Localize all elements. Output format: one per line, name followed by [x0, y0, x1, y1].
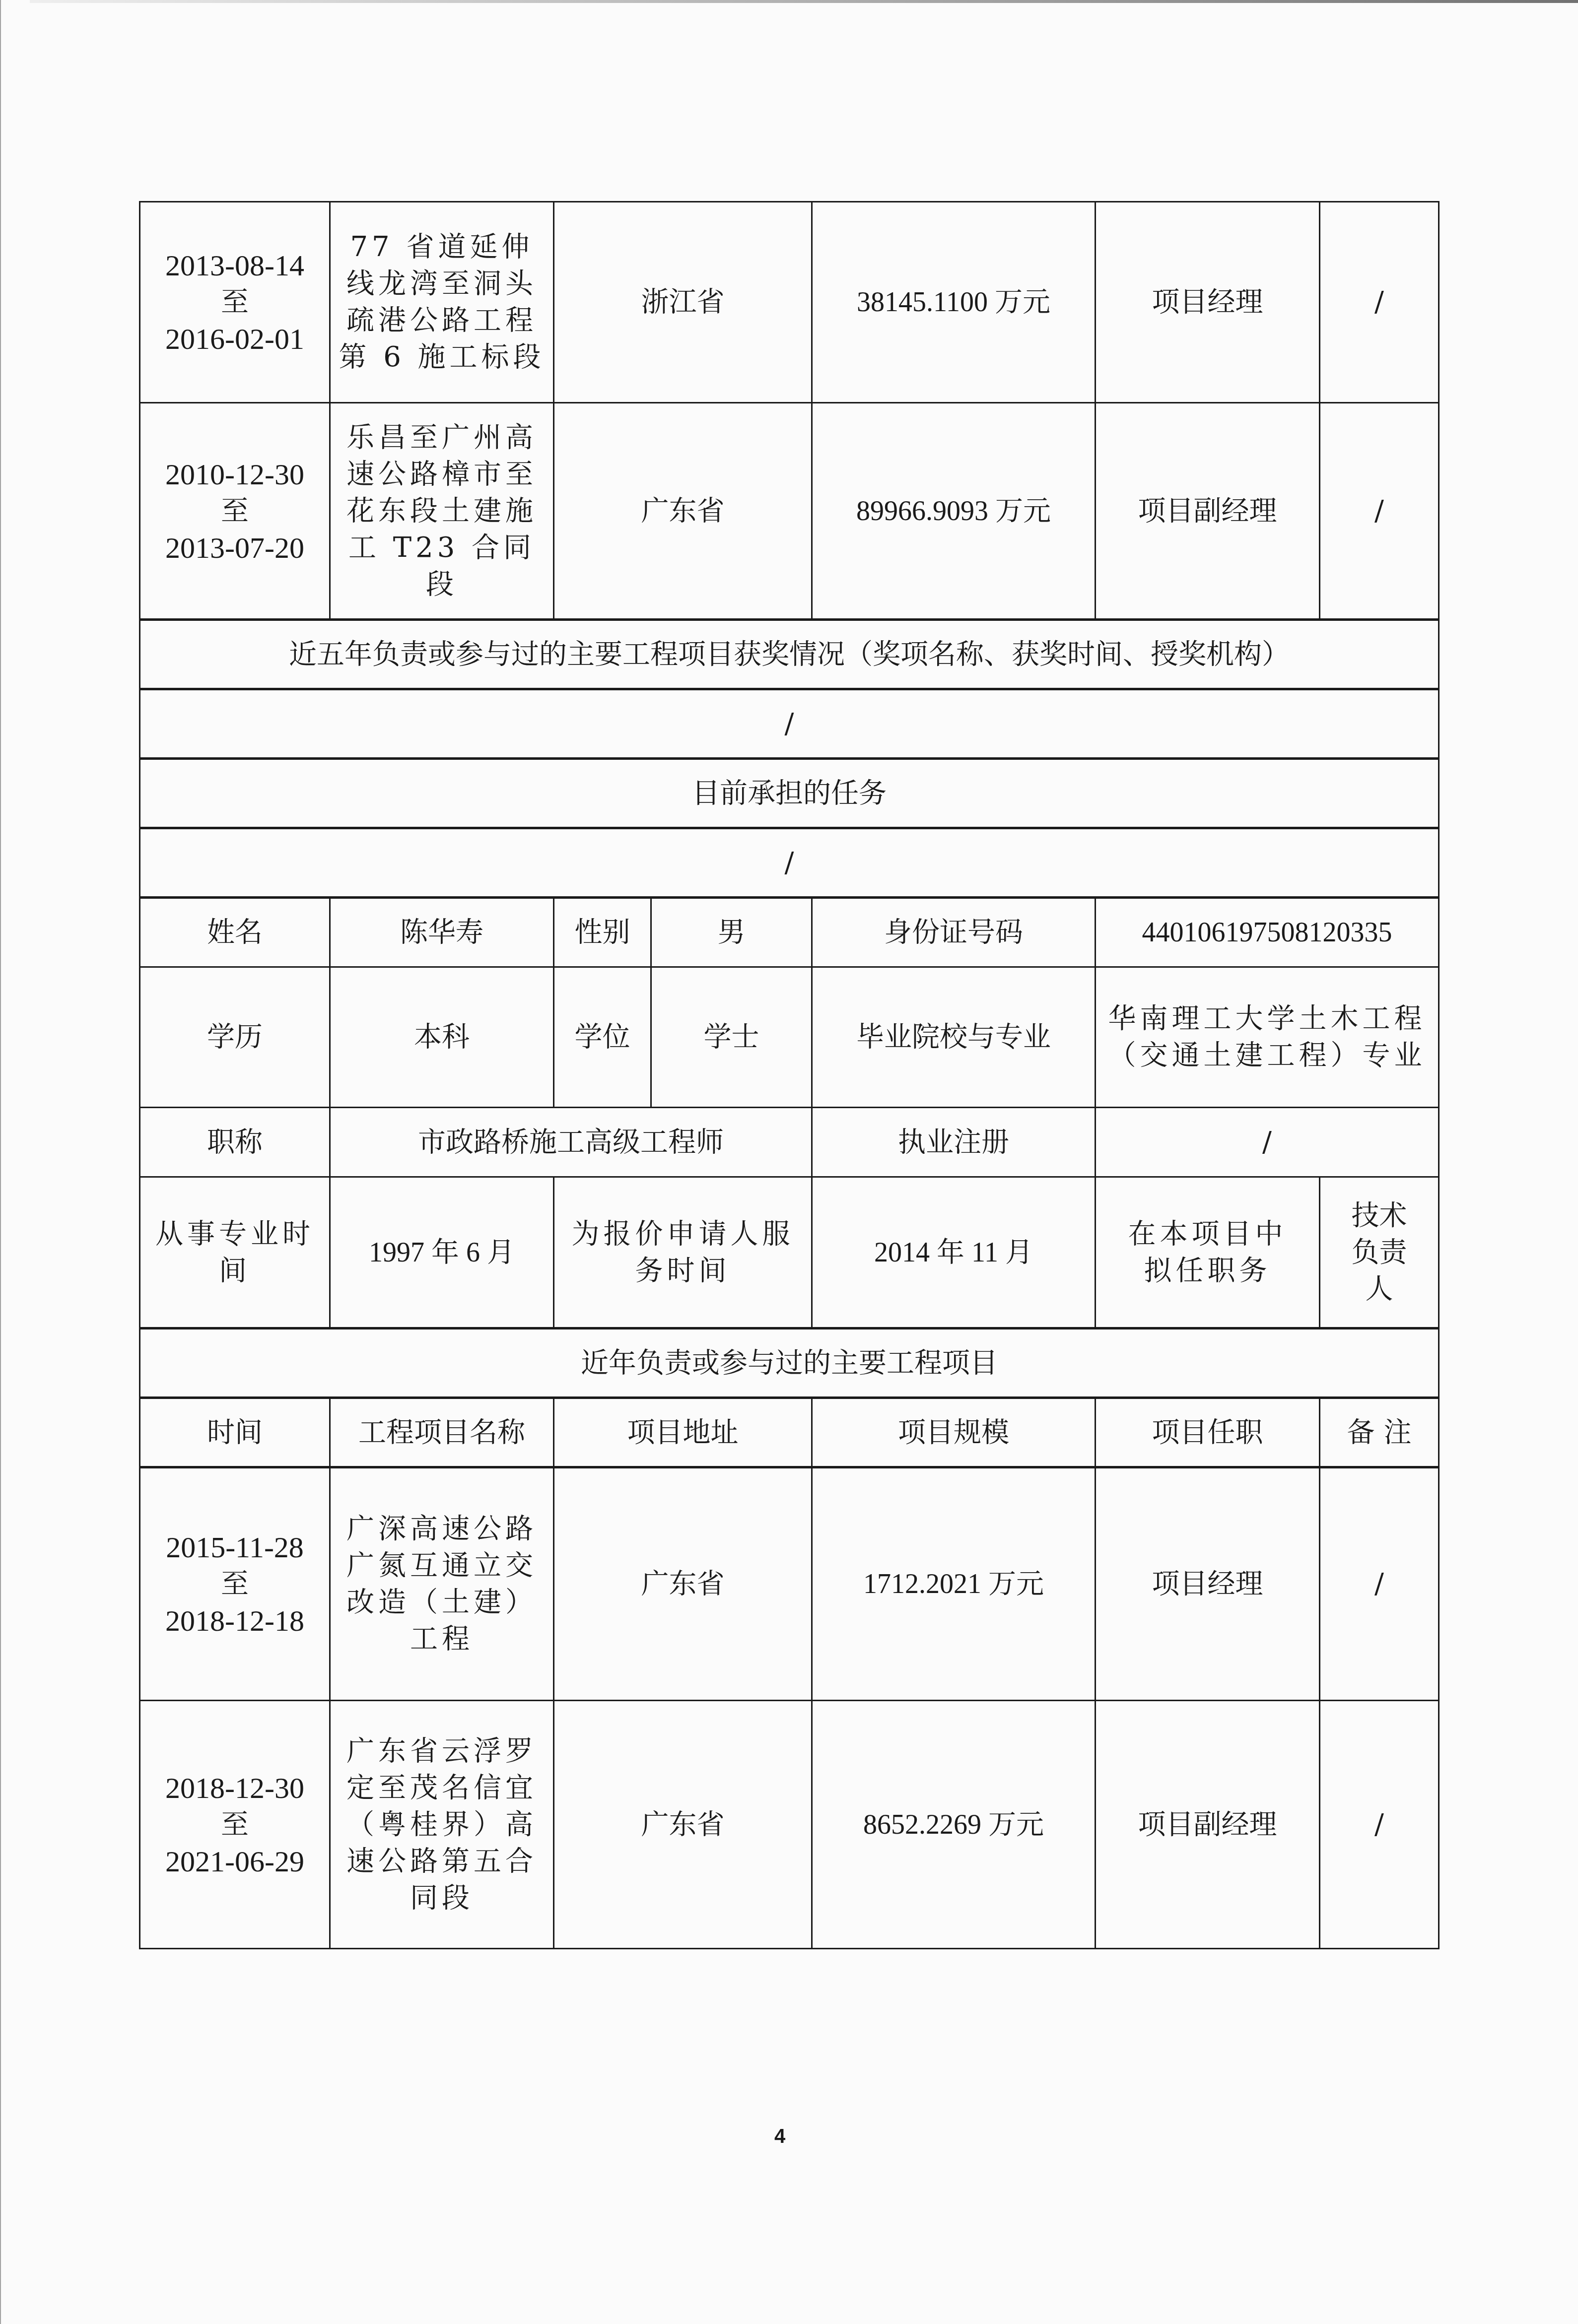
- project-scale: 1712.2021 万元: [812, 1467, 1096, 1701]
- period-to: 至: [147, 493, 322, 530]
- gender-label: 性别: [554, 898, 651, 967]
- career-start-value: 1997 年 6 月: [330, 1177, 554, 1328]
- section-header-row: 近年负责或参与过的主要工程项目: [140, 1328, 1439, 1398]
- school-label: 毕业院校与专业: [812, 967, 1096, 1108]
- column-header-time: 时间: [140, 1398, 330, 1467]
- project-role: 项目经理: [1096, 1467, 1320, 1701]
- project-role: 项目副经理: [1096, 1701, 1320, 1949]
- current-tasks-value: /: [140, 828, 1439, 898]
- project-location: 广东省: [554, 1467, 812, 1701]
- service-label: 为报价申请人服务时间: [554, 1177, 812, 1328]
- project-role: 项目副经理: [1096, 403, 1320, 620]
- project-scale: 38145.1100 万元: [812, 202, 1096, 403]
- table-row: /: [140, 828, 1439, 898]
- project-period: 2015-11-28 至 2018-12-18: [140, 1467, 330, 1701]
- table-row: 2018-12-30 至 2021-06-29 广东省云浮罗定至茂名信宜（粤桂界…: [140, 1701, 1439, 1949]
- table-row: /: [140, 689, 1439, 759]
- project-name: 广深高速公路广氮互通立交改造（土建）工程: [330, 1467, 554, 1701]
- project-period: 2018-12-30 至 2021-06-29: [140, 1701, 330, 1949]
- name-label: 姓名: [140, 898, 330, 967]
- period-start: 2013-08-14: [147, 247, 322, 284]
- table-row: 2010-12-30 至 2013-07-20 乐昌至广州高速公路樟市至花东段土…: [140, 403, 1439, 620]
- degree-label: 学位: [554, 967, 651, 1108]
- current-tasks-header: 目前承担的任务: [140, 759, 1439, 828]
- project-role: 项目经理: [1096, 202, 1320, 403]
- position-value: 技术负责人: [1320, 1177, 1439, 1328]
- title-label: 职称: [140, 1108, 330, 1177]
- column-header-role: 项目任职: [1096, 1398, 1320, 1467]
- period-end: 2013-07-20: [147, 530, 322, 566]
- project-location: 广东省: [554, 403, 812, 620]
- period-start: 2015-11-28: [147, 1529, 322, 1566]
- recent-projects-header: 近年负责或参与过的主要工程项目: [140, 1328, 1439, 1398]
- project-period: 2010-12-30 至 2013-07-20: [140, 403, 330, 620]
- project-period: 2013-08-14 至 2016-02-01: [140, 202, 330, 403]
- period-end: 2018-12-18: [147, 1602, 322, 1639]
- period-to: 至: [147, 284, 322, 321]
- personnel-resume-table: 2013-08-14 至 2016-02-01 77 省道延伸线龙湾至洞头疏港公…: [139, 201, 1440, 1949]
- project-name: 77 省道延伸线龙湾至洞头疏港公路工程第 6 施工标段: [330, 202, 554, 403]
- column-header-row: 时间 工程项目名称 项目地址 项目规模 项目任职 备 注: [140, 1398, 1439, 1467]
- project-remark: /: [1320, 1467, 1439, 1701]
- project-remark: /: [1320, 1701, 1439, 1949]
- period-start: 2018-12-30: [147, 1770, 322, 1806]
- education-value: 本科: [330, 967, 554, 1108]
- name-value: 陈华寿: [330, 898, 554, 967]
- position-label: 在本项目中拟任职务: [1096, 1177, 1320, 1328]
- page-number: 4: [774, 2125, 785, 2148]
- period-to: 至: [147, 1806, 322, 1843]
- scan-edge-line: [0, 0, 1, 2324]
- project-location: 浙江省: [554, 202, 812, 403]
- project-remark: /: [1320, 403, 1439, 620]
- table-row: 学历 本科 学位 学士 毕业院校与专业 华南理工大学土木工程（交通土建工程）专业: [140, 967, 1439, 1108]
- degree-value: 学士: [651, 967, 812, 1108]
- project-scale: 89966.9093 万元: [812, 403, 1096, 620]
- title-value: 市政路桥施工高级工程师: [330, 1108, 812, 1177]
- table-row: 姓名 陈华寿 性别 男 身份证号码 440106197508120335: [140, 898, 1439, 967]
- section-header-row: 近五年负责或参与过的主要工程项目获奖情况（奖项名称、获奖时间、授奖机构）: [140, 620, 1439, 689]
- scan-edge-shadow: [30, 0, 1578, 3]
- column-header-project-name: 工程项目名称: [330, 1398, 554, 1467]
- gender-value: 男: [651, 898, 812, 967]
- registration-label: 执业注册: [812, 1108, 1096, 1177]
- table-row: 职称 市政路桥施工高级工程师 执业注册 /: [140, 1108, 1439, 1177]
- table-row: 从事专业时间 1997 年 6 月 为报价申请人服务时间 2014 年 11 月…: [140, 1177, 1439, 1328]
- registration-value: /: [1096, 1108, 1439, 1177]
- career-start-label: 从事专业时间: [140, 1177, 330, 1328]
- period-end: 2021-06-29: [147, 1843, 322, 1880]
- column-header-remark: 备 注: [1320, 1398, 1439, 1467]
- awards-header: 近五年负责或参与过的主要工程项目获奖情况（奖项名称、获奖时间、授奖机构）: [140, 620, 1439, 689]
- id-label: 身份证号码: [812, 898, 1096, 967]
- id-number-value: 440106197508120335: [1096, 898, 1439, 967]
- period-start: 2010-12-30: [147, 456, 322, 493]
- project-location: 广东省: [554, 1701, 812, 1949]
- column-header-scale: 项目规模: [812, 1398, 1096, 1467]
- awards-value: /: [140, 689, 1439, 759]
- table-row: 2015-11-28 至 2018-12-18 广深高速公路广氮互通立交改造（土…: [140, 1467, 1439, 1701]
- section-header-row: 目前承担的任务: [140, 759, 1439, 828]
- period-to: 至: [147, 1566, 322, 1602]
- project-remark: /: [1320, 202, 1439, 403]
- project-name: 广东省云浮罗定至茂名信宜（粤桂界）高速公路第五合同段: [330, 1701, 554, 1949]
- period-end: 2016-02-01: [147, 321, 322, 357]
- service-start-value: 2014 年 11 月: [812, 1177, 1096, 1328]
- column-header-location: 项目地址: [554, 1398, 812, 1467]
- education-label: 学历: [140, 967, 330, 1108]
- school-value: 华南理工大学土木工程（交通土建工程）专业: [1096, 967, 1439, 1108]
- table-row: 2013-08-14 至 2016-02-01 77 省道延伸线龙湾至洞头疏港公…: [140, 202, 1439, 403]
- project-scale: 8652.2269 万元: [812, 1701, 1096, 1949]
- project-name: 乐昌至广州高速公路樟市至花东段土建施工 T23 合同段: [330, 403, 554, 620]
